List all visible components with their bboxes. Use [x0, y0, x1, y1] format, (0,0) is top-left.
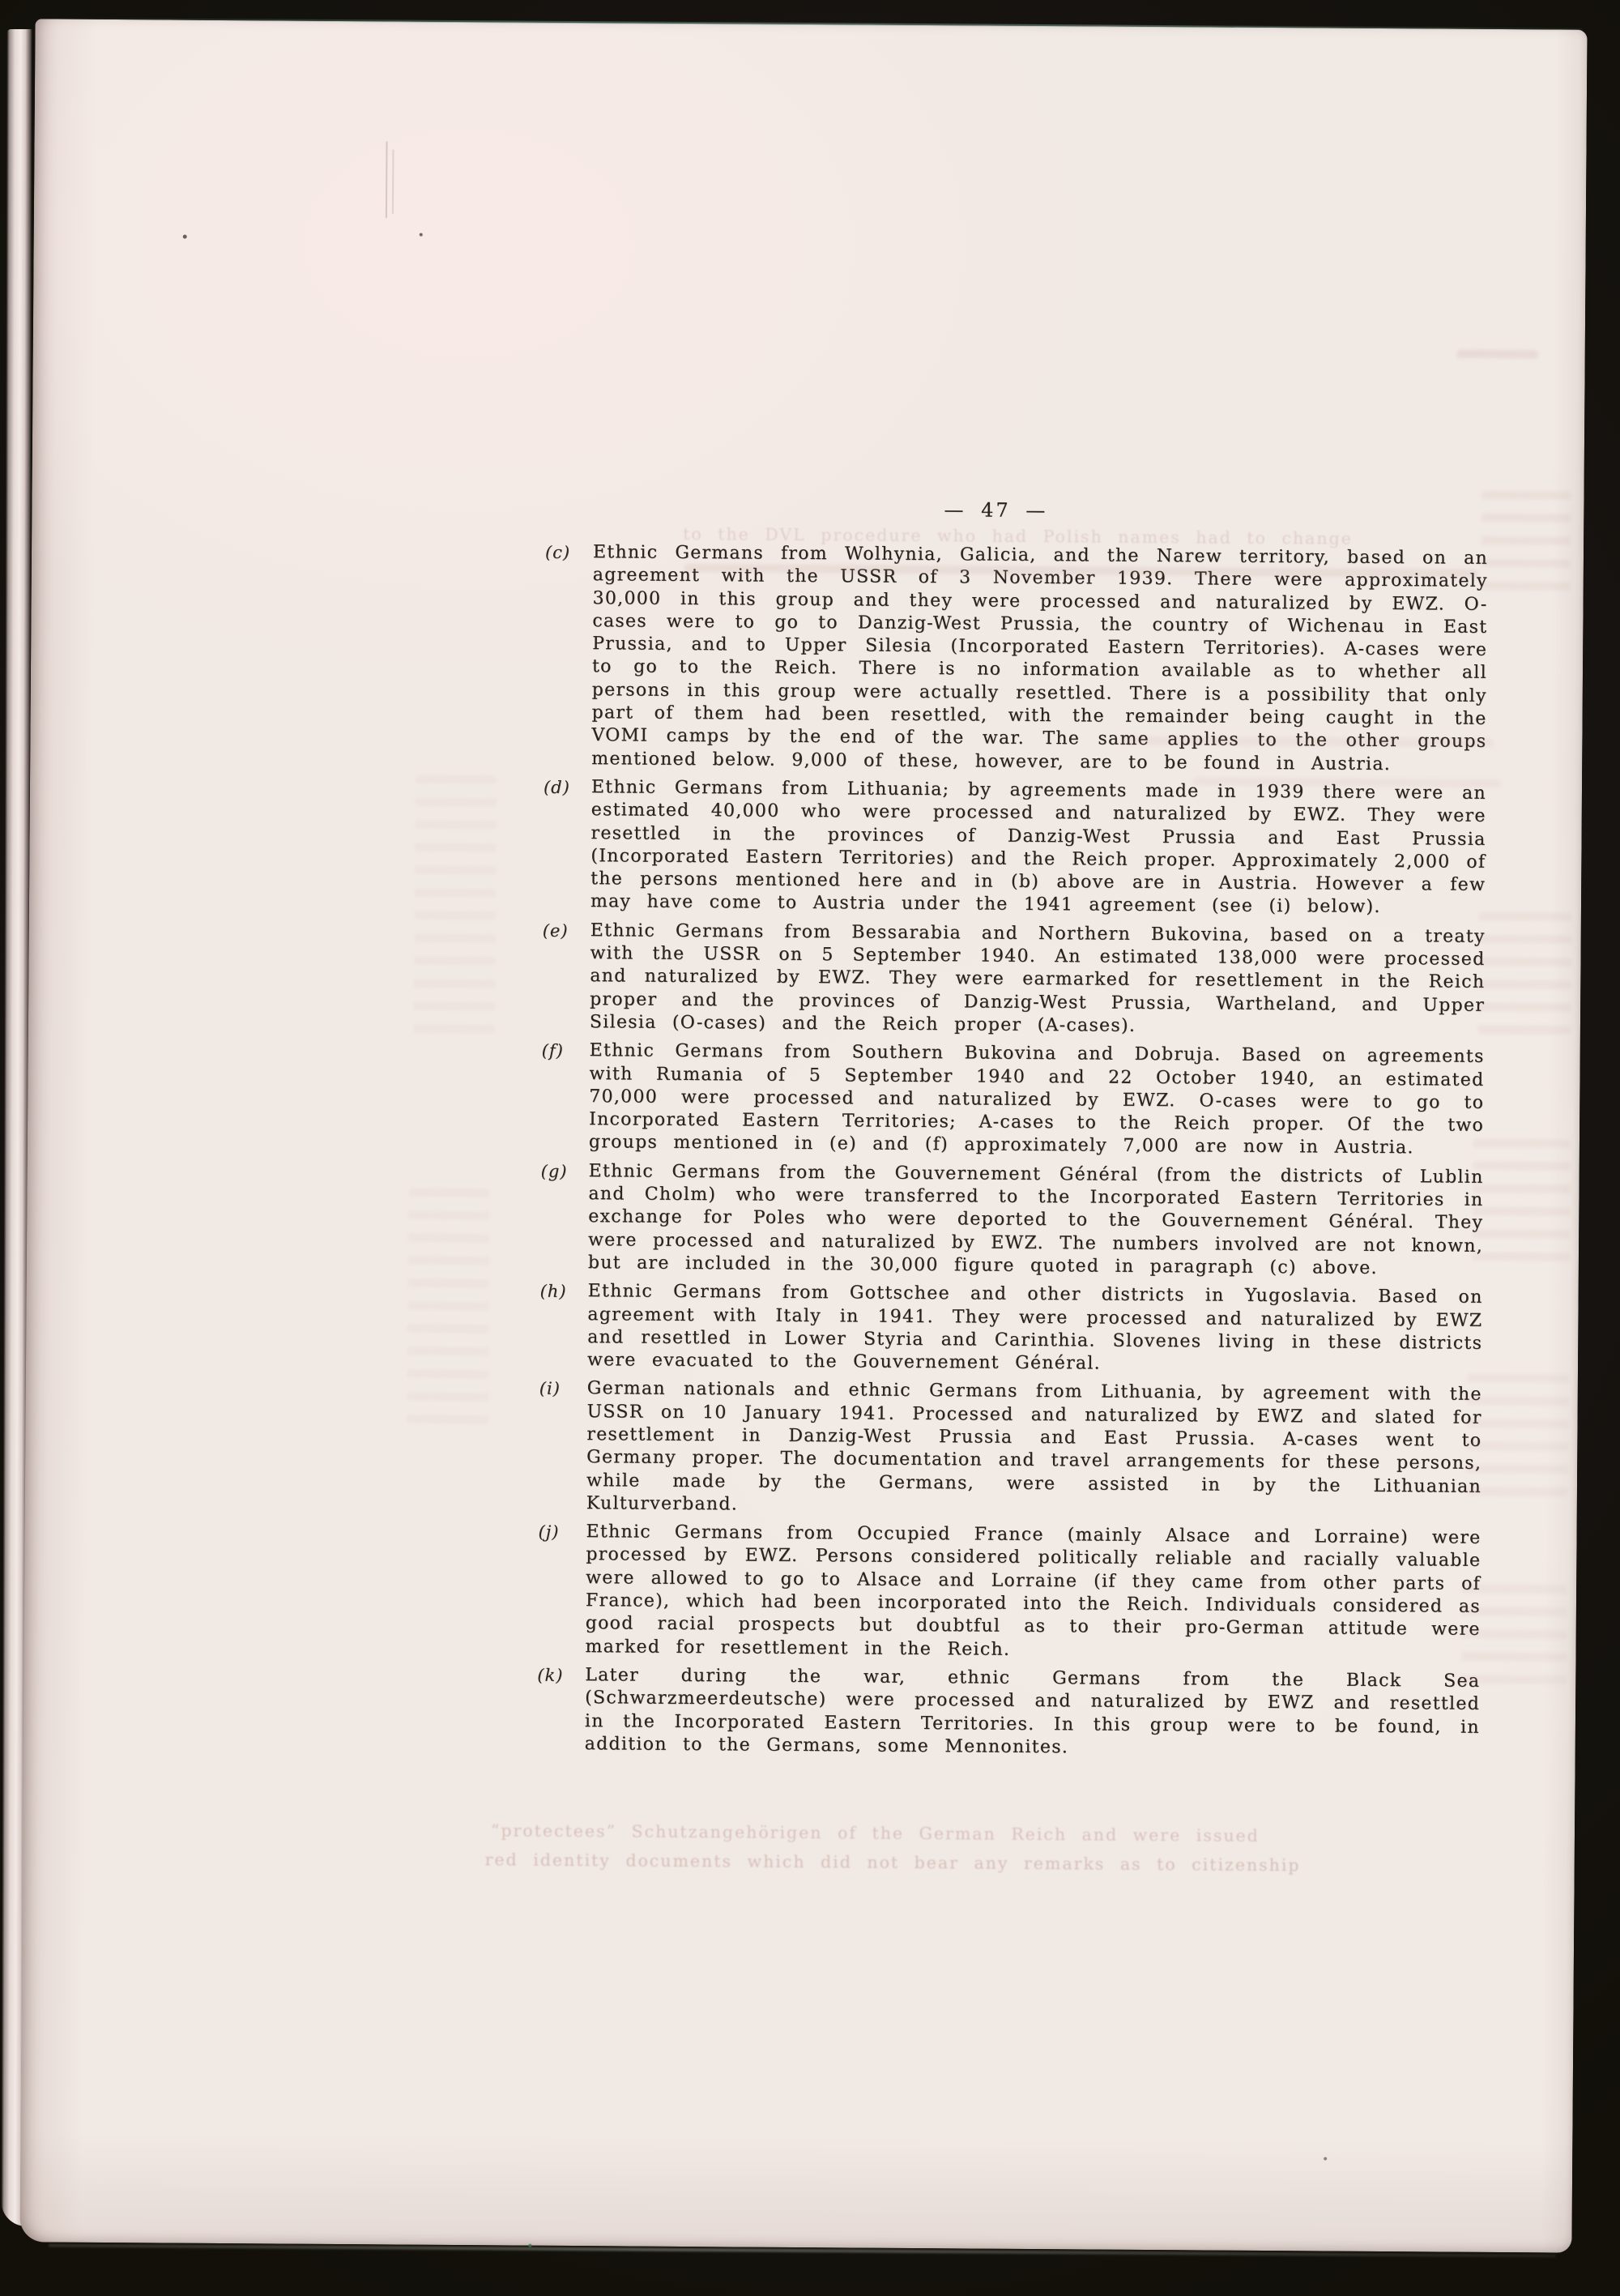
bleedthrough-smudge — [1481, 491, 1571, 597]
paragraph-row: (h) Ethnic Germans from Gottschee and ot… — [539, 1280, 1483, 1378]
bleedthrough-text: red identity documents which did not bea… — [485, 1850, 1562, 1876]
paragraph-label: (k) — [537, 1664, 585, 1688]
paper-scratch — [392, 149, 394, 214]
paragraph-row: (d) Ethnic Germans from Lithuania; by ag… — [543, 776, 1486, 920]
dust-speck — [183, 235, 187, 239]
bleedthrough-smudge — [1193, 777, 1501, 794]
bleedthrough-smudge — [1120, 736, 1493, 753]
paragraph-text: German nationals and ethnic Germans from… — [586, 1378, 1482, 1521]
paragraph-row: (g) Ethnic Germans from the Gouvernement… — [540, 1159, 1484, 1281]
dust-speck — [420, 233, 423, 237]
bleedthrough-smudge — [407, 1189, 489, 1432]
paragraph-row: (e) Ethnic Germans from Bessarabia and N… — [542, 919, 1486, 1040]
scanner-artifact-dot — [528, 2244, 531, 2247]
bleedthrough-smudge — [1473, 1139, 1571, 1270]
paragraph-text: Ethnic Germans from Southern Bukovina an… — [589, 1039, 1485, 1160]
bleedthrough-smudge — [1478, 912, 1572, 1035]
paragraph-text: Later during the war, ethnic Germans fro… — [585, 1664, 1481, 1762]
paragraph-text: Ethnic Germans from Gottschee and other … — [587, 1280, 1483, 1378]
paragraph-row: (f) Ethnic Germans from Southern Bukovin… — [541, 1039, 1485, 1161]
bleedthrough-smudge — [1461, 1585, 1567, 1691]
bleedthrough-smudge — [414, 775, 497, 1035]
paper-scratch — [386, 141, 388, 218]
paragraph-label: (j) — [538, 1521, 586, 1544]
paragraph-text: Ethnic Germans from Bessarabia and North… — [590, 920, 1486, 1040]
paragraph-row: (i) German nationals and ethnic Germans … — [539, 1377, 1482, 1521]
paragraph-label: (h) — [540, 1280, 588, 1304]
paragraph-text: Ethnic Germans from Occupied France (mai… — [585, 1521, 1481, 1664]
scanned-book-photo: { "document": { "page_header": "— 47 —",… — [0, 0, 1620, 2296]
bleedthrough-smudge — [1467, 1374, 1569, 1496]
bleedthrough-text: “protectees” Schutzangehörigen of the Ge… — [491, 1820, 1560, 1847]
paragraph-label: (f) — [542, 1039, 590, 1063]
paragraph-text: Ethnic Germans from Lithuania; by agreem… — [590, 776, 1486, 920]
paragraph-label: (c) — [545, 541, 593, 565]
paragraph-label: (g) — [541, 1159, 589, 1183]
dust-speck — [1324, 2157, 1327, 2161]
page-number: — 47 — — [833, 497, 1157, 523]
paragraph-label: (e) — [543, 919, 590, 942]
paragraph-row: (k) Later during the war, ethnic Germans… — [537, 1664, 1481, 1762]
bleedthrough-smudge — [1457, 350, 1538, 372]
paragraph-text: Ethnic Germans from the Gouvernement Gén… — [588, 1160, 1484, 1281]
paragraph-label: (i) — [539, 1377, 587, 1401]
paragraph-label: (d) — [544, 776, 591, 800]
paragraph-list: (c) Ethnic Germans from Wolhynia, Galici… — [537, 541, 1488, 1768]
paragraph-row: (j) Ethnic Germans from Occupied France … — [537, 1521, 1481, 1665]
book-page: — 47 — (c) Ethnic Germans from Wolhynia,… — [19, 19, 1587, 2252]
